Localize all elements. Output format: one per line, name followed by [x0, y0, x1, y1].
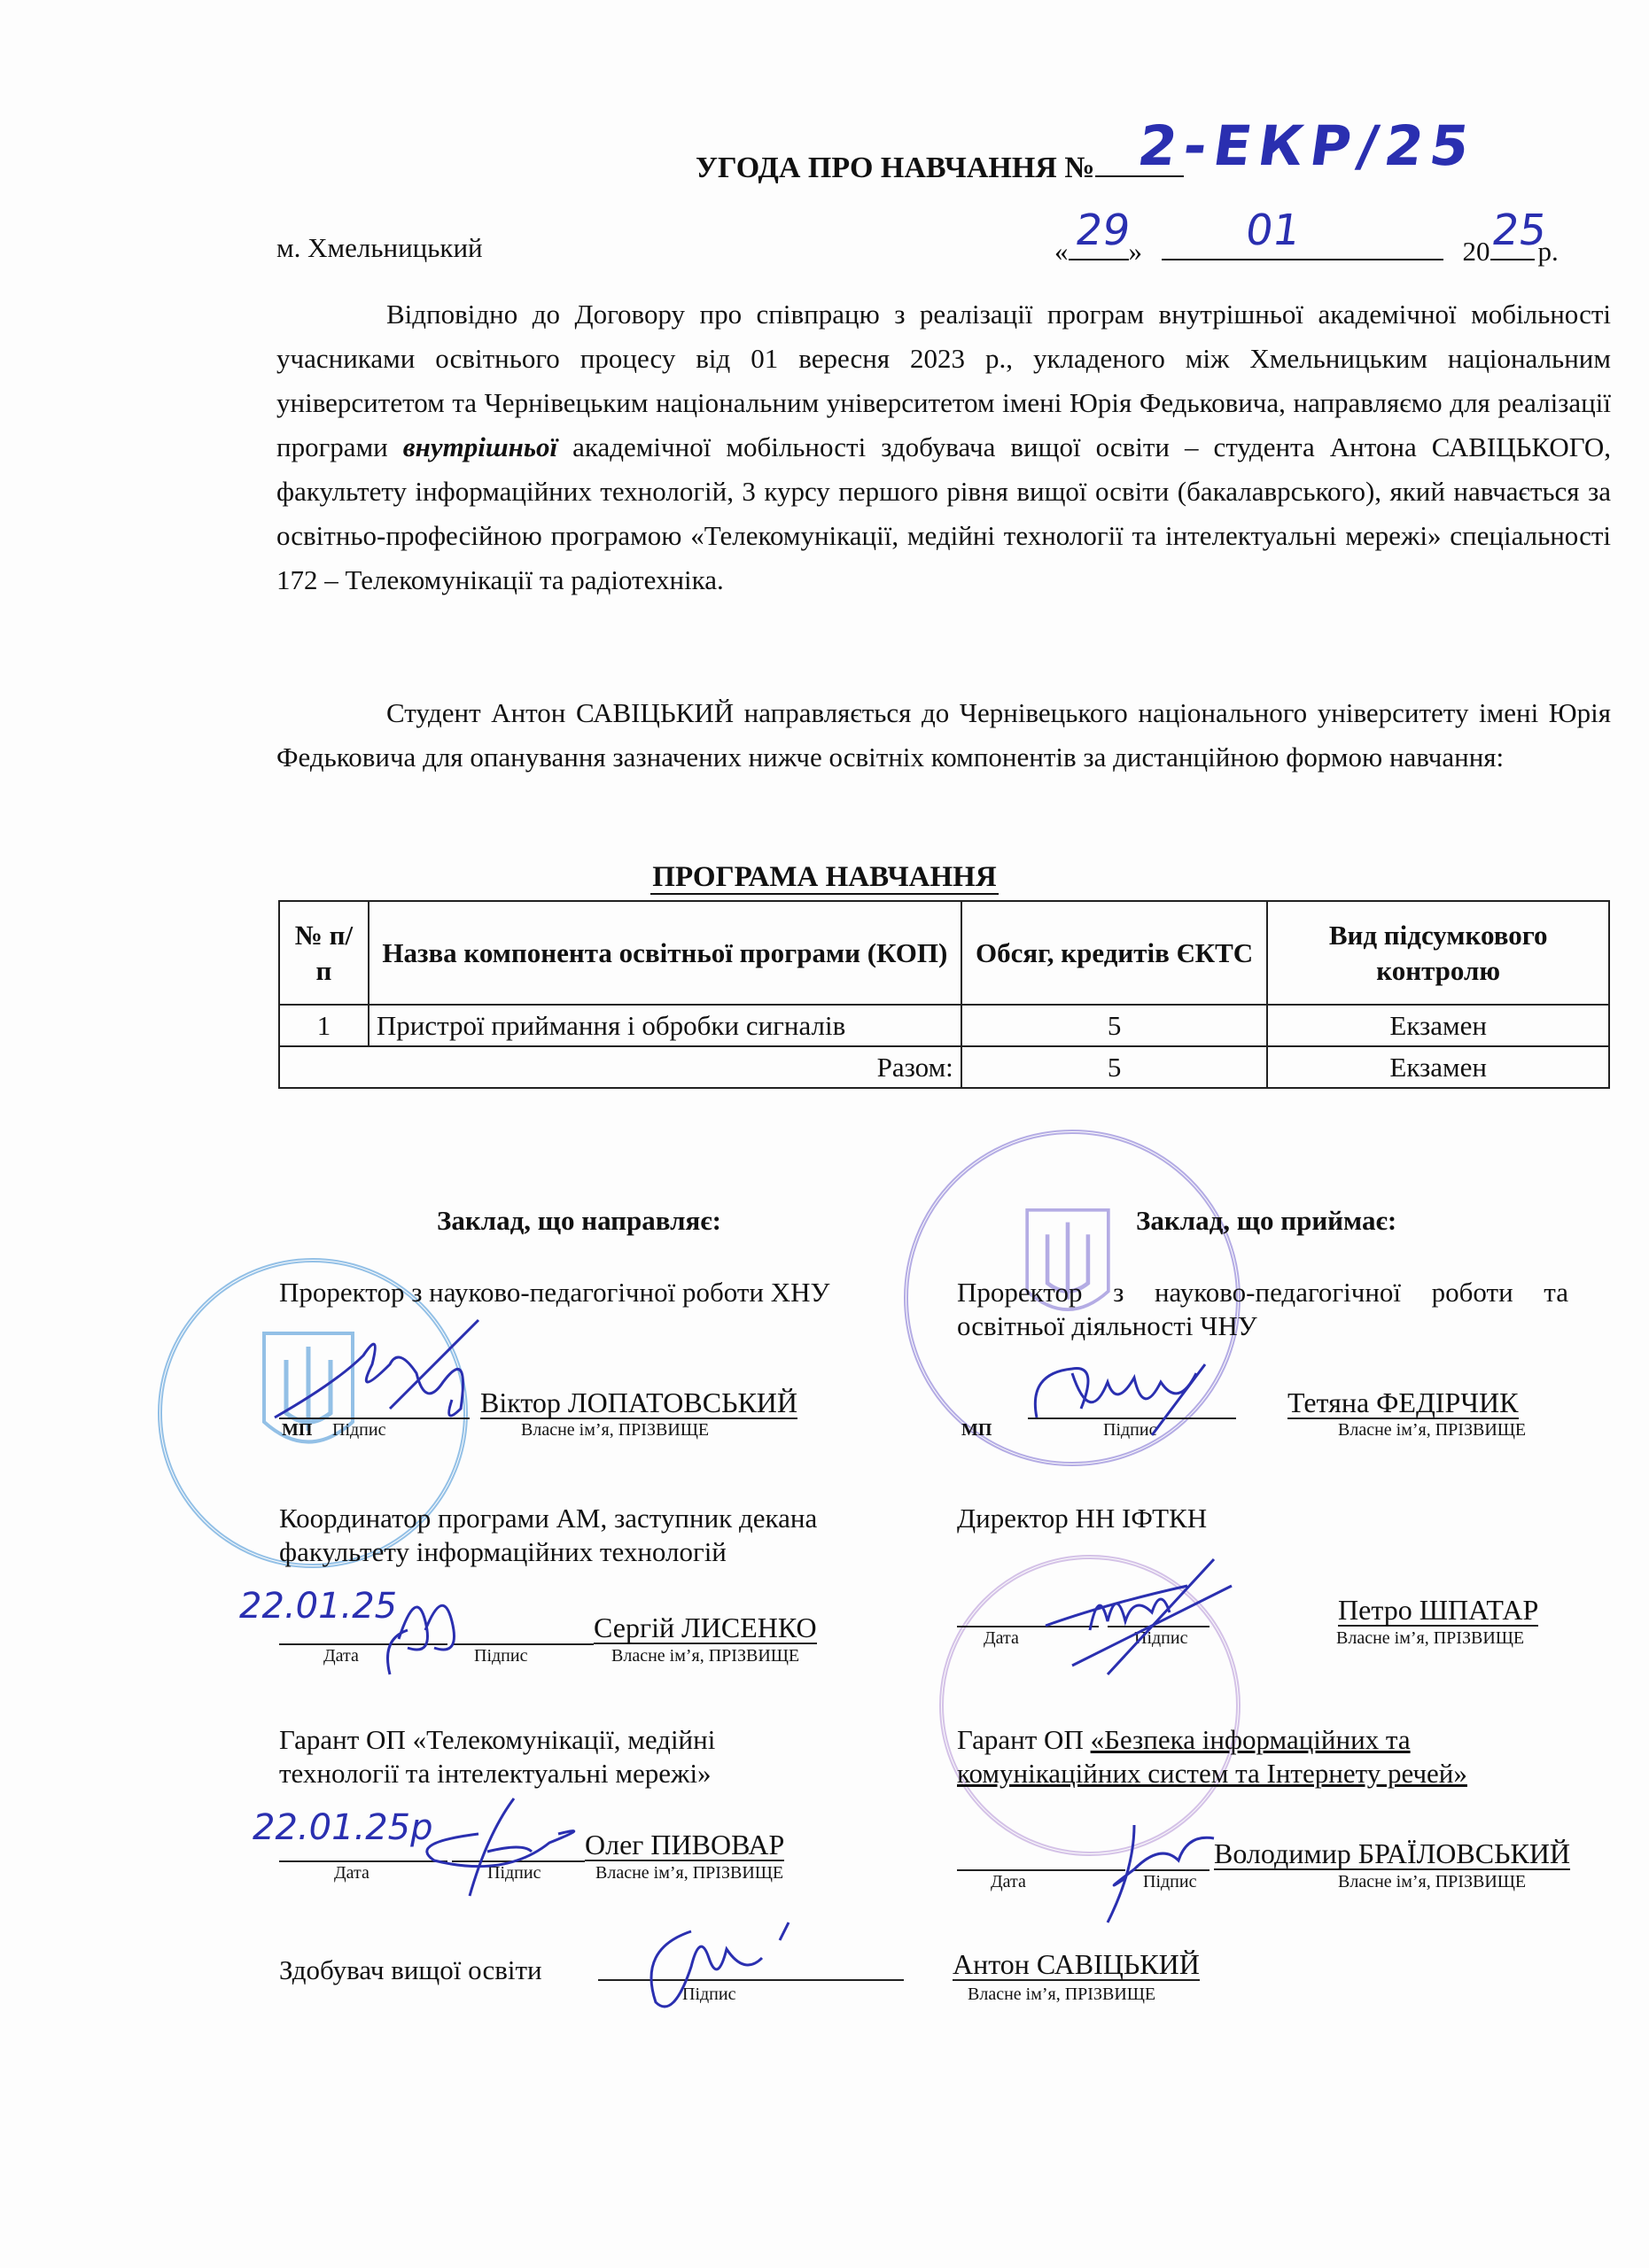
day-field: 29	[1069, 232, 1129, 260]
date-caption: Дата	[984, 1628, 1019, 1649]
stamp-label: МП	[961, 1420, 992, 1441]
signature-lopatovskyi	[266, 1311, 487, 1435]
row-control-type: Екзамен	[1267, 1005, 1609, 1046]
coordinator-name: Сергій ЛИСЕНКО	[594, 1612, 817, 1644]
student-name: Антон САВІЦЬКИЙ	[953, 1949, 1200, 1981]
program-table: № п/п Назва компонента освітньої програм…	[278, 900, 1610, 1089]
signature-fedirchyk	[1019, 1355, 1241, 1444]
name-caption: Власне ім’я, ПРІЗВИЩЕ	[1336, 1628, 1524, 1649]
row-number: 1	[279, 1005, 369, 1046]
month-field: 01	[1162, 232, 1443, 260]
student-role: Здобувач вищої освіти	[279, 1953, 542, 1987]
agreement-number-handwritten: 2-ЕКР/25	[1134, 113, 1481, 178]
director-role: Директор НН ІФТКН	[957, 1502, 1207, 1535]
table-total-row: Разом: 5 Екзамен	[279, 1046, 1609, 1088]
year-field: 25	[1490, 232, 1535, 260]
row-component-name: Пристрої приймання і обробки сигналів	[369, 1005, 961, 1046]
sending-vice-rector-role: Проректор з науково-педагогічної роботи …	[279, 1276, 891, 1309]
date-caption: Дата	[334, 1863, 369, 1884]
name-caption: Власне ім’я, ПРІЗВИЩЕ	[1338, 1872, 1526, 1892]
receiving-guarantor-role: Гарант ОП «Безпека інформаційних та кому…	[957, 1723, 1595, 1790]
paragraph-intro: Відповідно до Договору про співпрацю з р…	[276, 292, 1611, 602]
date-caption: Дата	[991, 1872, 1026, 1892]
year-prefix: 20	[1463, 236, 1490, 267]
emphasis-internal: внутрішньої	[403, 431, 557, 462]
row-credits: 5	[961, 1005, 1268, 1046]
total-credits: 5	[961, 1046, 1268, 1088]
receiving-vice-rector-name: Тетяна ФЕДІРЧИК	[1287, 1387, 1519, 1419]
year-handwritten: 25	[1489, 206, 1550, 255]
col-component-name: Назва компонента освітньої програми (КОП…	[369, 901, 961, 1005]
signature-shpatar	[1037, 1550, 1249, 1683]
agreement-title: УГОДА ПРО НАВЧАННЯ № 2-ЕКР/25	[696, 149, 1184, 185]
name-caption: Власне ім’я, ПРІЗВИЩЕ	[968, 1984, 1155, 2005]
receiving-guarantor-name: Володимир БРАЇЛОВСЬКИЙ	[1214, 1838, 1570, 1870]
col-number: № п/п	[279, 901, 369, 1005]
col-control-type: Вид підсумкового контролю	[1267, 901, 1609, 1005]
date-open-quote: «	[1054, 236, 1069, 267]
name-caption: Власне ім’я, ПРІЗВИЩЕ	[521, 1420, 709, 1441]
signature-lysenko	[372, 1586, 487, 1683]
agreement-date: «29» 01 2025р.	[1054, 232, 1559, 268]
table-header-row: № п/п Назва компонента освітньої програм…	[279, 901, 1609, 1005]
total-control-type: Екзамен	[1267, 1046, 1609, 1088]
date-caption: Дата	[323, 1646, 359, 1666]
month-handwritten: 01	[1242, 206, 1303, 255]
day-handwritten: 29	[1072, 206, 1133, 255]
city: м. Хмельницький	[276, 232, 483, 264]
paragraph-student: Студент Антон САВІЦЬКИЙ направляється до…	[276, 691, 1611, 780]
name-caption: Власне ім’я, ПРІЗВИЩЕ	[595, 1863, 783, 1884]
name-caption: Власне ім’я, ПРІЗВИЩЕ	[1338, 1420, 1526, 1441]
signature-brailovskyi	[1072, 1816, 1223, 1931]
sending-vice-rector-name: Віктор ЛОПАТОВСЬКИЙ	[480, 1387, 797, 1419]
paragraph-student-text: Студент Антон САВІЦЬКИЙ направляється до…	[276, 691, 1611, 780]
signature-pyvovar	[399, 1781, 611, 1905]
program-title: ПРОГРАМА НАВЧАННЯ	[0, 861, 1649, 894]
title-text: УГОДА ПРО НАВЧАННЯ №	[696, 151, 1095, 184]
sending-guarantor-name: Олег ПИВОВАР	[585, 1829, 784, 1861]
receiving-vice-rector-role: Проректор з науково-педагогічної роботи …	[957, 1276, 1568, 1343]
total-label: Разом:	[279, 1046, 961, 1088]
program-title-text: ПРОГРАМА НАВЧАННЯ	[650, 861, 998, 895]
receiving-guarantor-role-prefix: Гарант ОП	[957, 1724, 1091, 1755]
coordinator-role: Координатор програми АМ, заступник декан…	[279, 1502, 953, 1569]
director-name: Петро ШПАТАР	[1338, 1595, 1538, 1627]
signature-savitskyi	[638, 1914, 842, 2020]
date-close-quote: »	[1129, 236, 1143, 267]
table-row: 1 Пристрої приймання і обробки сигналів …	[279, 1005, 1609, 1046]
receiving-institution-heading: Заклад, що приймає:	[1136, 1205, 1396, 1237]
name-caption: Власне ім’я, ПРІЗВИЩЕ	[611, 1646, 799, 1666]
col-credits: Обсяг, кредитів ЄКТС	[961, 901, 1268, 1005]
sending-institution-heading: Заклад, що направляє:	[437, 1205, 721, 1237]
